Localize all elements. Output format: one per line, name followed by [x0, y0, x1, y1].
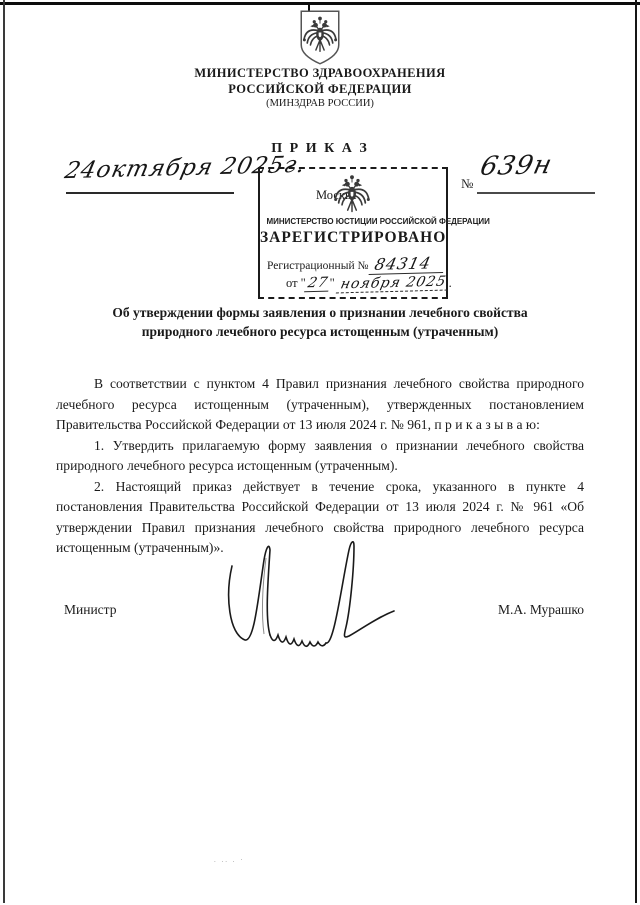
signer-name: М.А. Мурашко	[498, 602, 584, 618]
registration-number-label: Регистрационный №	[267, 260, 368, 272]
stamp-eagle-icon	[332, 172, 372, 215]
justice-registration-stamp: МИНИСТЕРСТВО ЮСТИЦИИ РОССИЙСКОЙ ФЕДЕРАЦИ…	[258, 167, 448, 299]
scan-border-top	[0, 2, 640, 5]
stamp-date-prefix: от "	[286, 276, 306, 290]
order-number-label: №	[461, 176, 473, 192]
stamp-date-day-handwritten: 27	[304, 275, 332, 293]
body-paragraph-item1: 1. Утвердить прилагаемую форму заявления…	[56, 436, 584, 477]
signer-post: Министр	[64, 602, 116, 618]
number-underline	[477, 192, 595, 194]
order-number-handwritten: 639н	[477, 150, 555, 182]
minister-signature-icon	[222, 538, 408, 668]
stamp-registered-label: ЗАРЕГИСТРИРОВАНО	[260, 229, 446, 247]
ministry-name-line1: МИНИСТЕРСТВО ЗДРАВООХРАНЕНИЯ	[0, 66, 640, 81]
order-title-line2: природного лечебного ресурса истощенным …	[56, 324, 584, 340]
date-underline	[66, 192, 234, 194]
ministry-short-name: (МИНЗДРАВ РОССИИ)	[0, 98, 640, 109]
stamp-date-month-year-handwritten: ноября 2025	[336, 274, 451, 294]
scan-border-left	[3, 0, 5, 903]
body-paragraph-preamble: В соответствии с пунктом 4 Правил призна…	[56, 374, 584, 436]
scanned-order-document: МИНИСТЕРСТВО ЗДРАВООХРАНЕНИЯ РОССИЙСКОЙ …	[0, 0, 640, 905]
stamp-registration-date-line: от "27" ноября 2025.	[286, 275, 452, 292]
order-title-line1: Об утверждении формы заявления о признан…	[56, 305, 584, 321]
stamp-registration-number-line: Регистрационный № 84314	[267, 254, 445, 274]
scan-border-right	[635, 0, 637, 903]
scan-noise-dots: . .. . ·	[214, 856, 245, 864]
registration-number-handwritten: 84314	[369, 253, 448, 275]
stamp-ministry-name: МИНИСТЕРСТВО ЮСТИЦИИ РОССИЙСКОЙ ФЕДЕРАЦИ…	[267, 216, 440, 226]
coat-of-arms-icon	[296, 7, 344, 68]
ministry-name-line2: РОССИЙСКОЙ ФЕДЕРАЦИИ	[0, 82, 640, 97]
order-body: В соответствии с пунктом 4 Правил призна…	[56, 374, 584, 559]
